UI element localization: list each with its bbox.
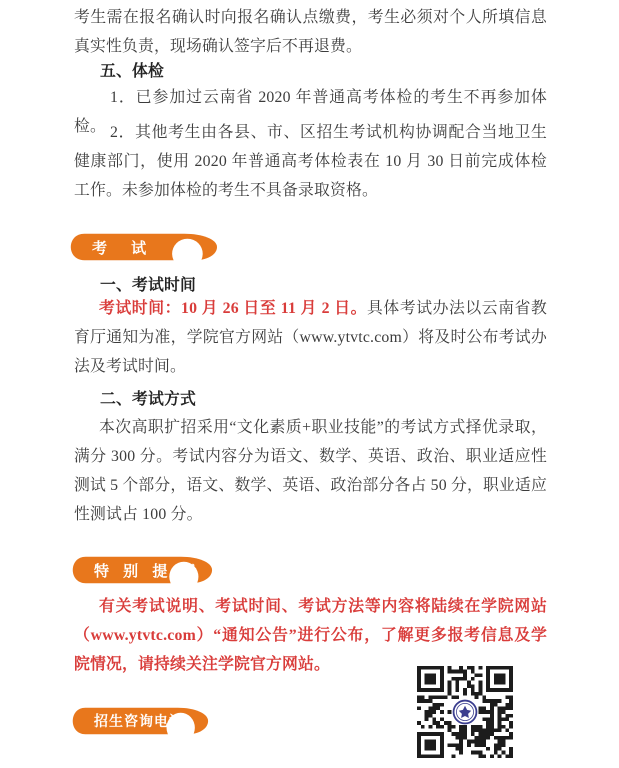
special-notice-banner: 特 别 提 示 xyxy=(72,556,213,584)
exam-time-highlight: 考试时间：10 月 26 日至 11 月 2 日。 xyxy=(99,300,367,317)
exam-method-paragraph: 本次高职扩招采用“文化素质+职业技能”的考试方式择优录取，满分 300 分。考试… xyxy=(74,413,547,529)
physical-exam-heading: 五、体检 xyxy=(74,57,547,86)
admission-phone-banner: 招生咨询电话 xyxy=(72,707,209,735)
qr-code xyxy=(417,666,513,758)
fee-confirmation-paragraph: 考生需在报名确认时向报名确认点缴费，考生必须对个人所填信息真实性负责，现场确认签… xyxy=(74,3,547,61)
exam-banner-label: 考 试 xyxy=(92,233,156,261)
admission-phone-banner-label: 招生咨询电话 xyxy=(94,707,184,735)
exam-time-paragraph: 考试时间：10 月 26 日至 11 月 2 日。具体考试办法以云南省教育厅通知… xyxy=(74,294,547,381)
physical-exam-item-2: 2．其他考生由各县、市、区招生考试机构协调配合当地卫生健康部门，使用 2020 … xyxy=(74,118,547,205)
exam-section-banner: 考 试 xyxy=(70,233,218,261)
special-notice-banner-label: 特 别 提 示 xyxy=(94,556,202,584)
document-page: 考生需在报名确认时向报名确认点缴费，考生必须对个人所填信息真实性负责，现场确认签… xyxy=(0,0,619,768)
exam-method-heading: 二、考试方式 xyxy=(74,385,547,414)
college-seal-icon xyxy=(452,699,478,725)
